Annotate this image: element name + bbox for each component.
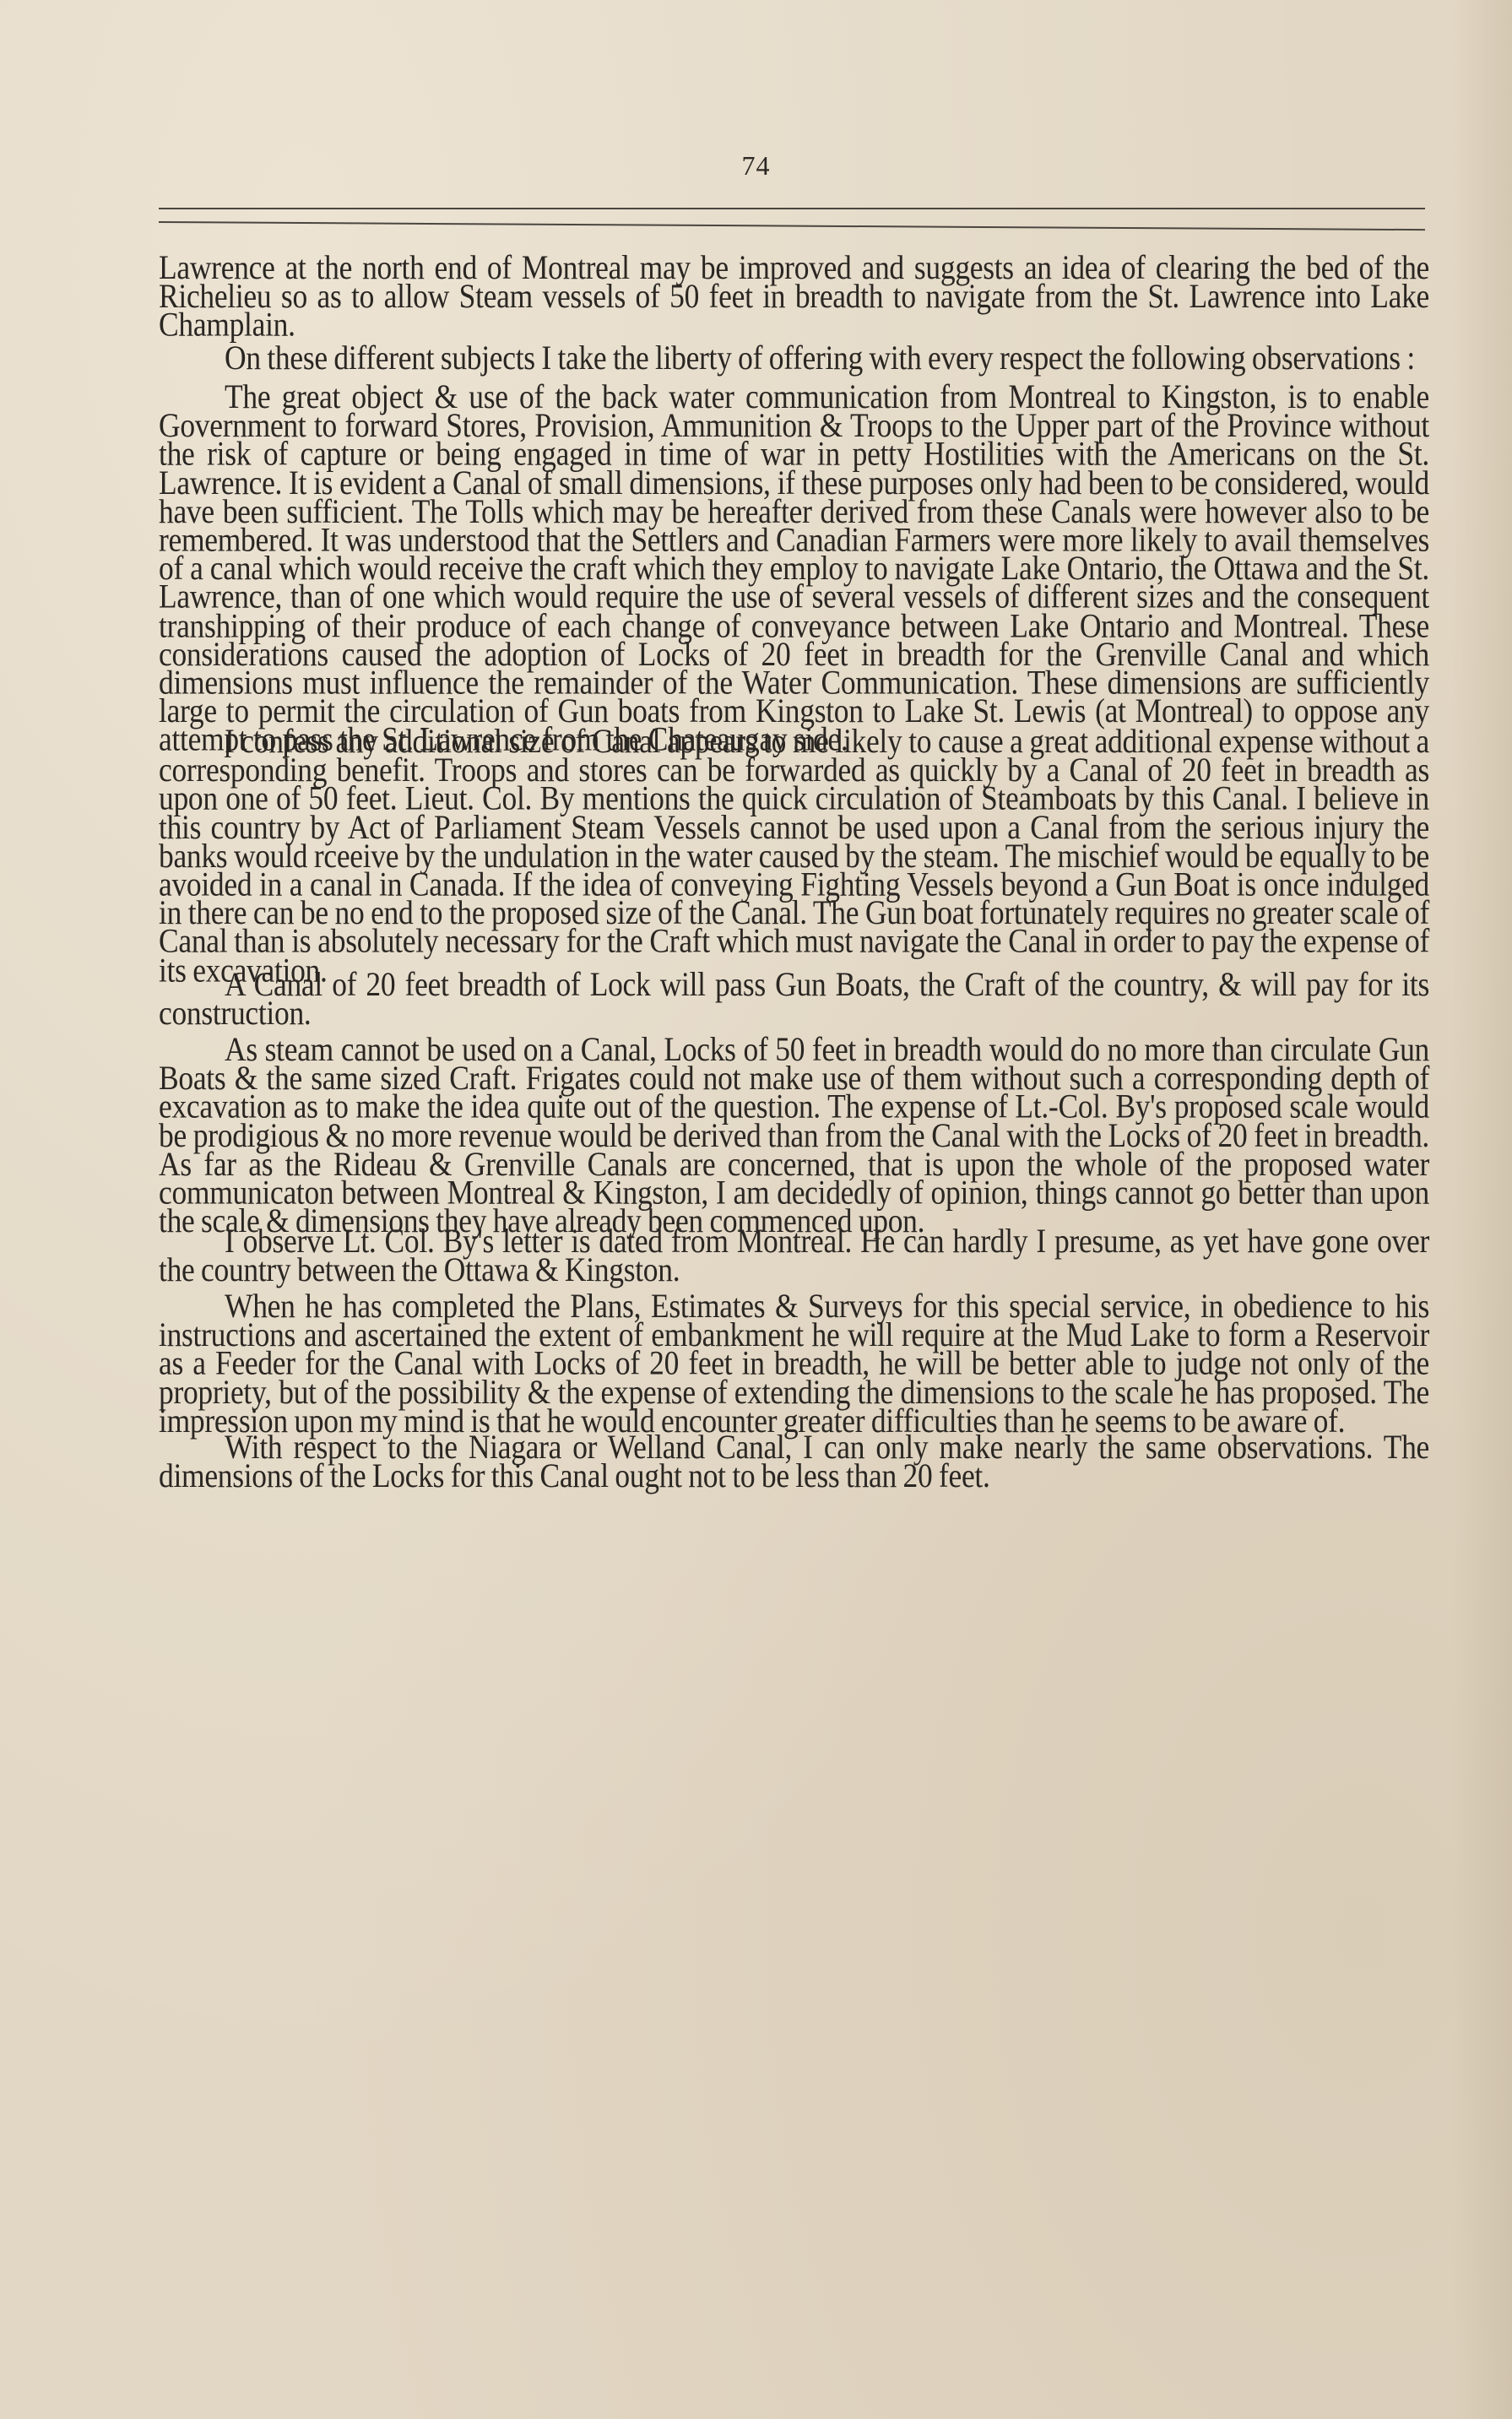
- paragraph: A Canal of 20 feet breadth of Lock will …: [159, 970, 1429, 1028]
- header-rule-top: [159, 208, 1425, 209]
- page-number: 74: [0, 150, 1512, 182]
- paragraph: On these different subjects I take the l…: [159, 344, 1429, 372]
- paragraph: When he has completed the Plans, Estimat…: [159, 1292, 1429, 1435]
- paragraph-continued: Lawrence at the north end of Montreal ma…: [159, 253, 1429, 339]
- paragraph: I observe Lt. Col. By's letter is dated …: [159, 1227, 1429, 1284]
- paragraph: The great object & use of the back water…: [159, 382, 1429, 754]
- body-text: Lawrence at the north end of Montreal ma…: [159, 253, 1429, 1497]
- paragraph: As steam cannot be used on a Canal, Lock…: [159, 1035, 1429, 1235]
- paragraph: With respect to the Niagara or Welland C…: [159, 1433, 1429, 1490]
- paragraph: I confess any additional size of Canal a…: [159, 727, 1429, 984]
- header-rule-bottom: [159, 221, 1425, 231]
- document-page: 74 Lawrence at the north end of Montreal…: [0, 0, 1512, 2419]
